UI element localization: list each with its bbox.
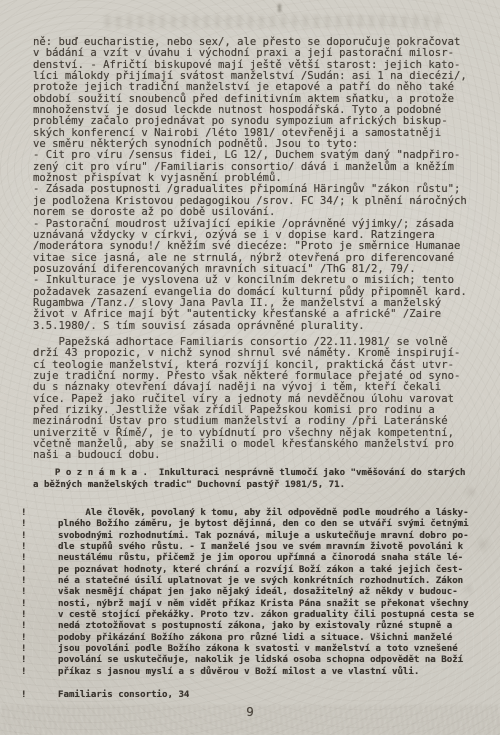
- margin-exclamation-mark: !: [18, 508, 58, 519]
- text-line-content: svobodnými rozhodnutími. Tak poznává, mi…: [58, 531, 469, 542]
- page-number: 9: [0, 704, 500, 719]
- text-line: !dle stupňů svého růstu. - I manželé jso…: [18, 542, 474, 553]
- text-line-content: jsou povoláni podle Božího zákona k svat…: [58, 644, 458, 655]
- text-line: a běžných manželských tradic" Duchovní p…: [33, 480, 466, 492]
- text-line-content: Familiaris consortio, 34: [58, 690, 189, 702]
- text-line: !Familiaris consortio, 34: [18, 690, 189, 702]
- margin-exclamation-mark: !: [18, 655, 58, 666]
- text-line-content: nosti, nýbrž mají v něm vidět příkaz Kri…: [58, 599, 469, 610]
- text-line-content: nedá ztotožňovat s postupností zákona, j…: [58, 621, 452, 632]
- text-line: !podoby přikázání Božího zákona pro různ…: [18, 633, 474, 644]
- text-line-content: Ale člověk, povolaný k tomu, aby žil odp…: [58, 508, 469, 519]
- text-line: norem se doroste až po době usilování.: [33, 207, 467, 218]
- text-line: P o z n á m k a . Inkulturaci nesprávně …: [33, 468, 466, 480]
- text-line: !povolání se uskutečňuje, nakolik je lid…: [18, 655, 474, 666]
- margin-exclamation-mark: !: [18, 621, 58, 632]
- text-line: ! Ale člověk, povolaný k tomu, aby žil o…: [18, 508, 474, 519]
- margin-exclamation-mark: !: [18, 644, 58, 655]
- paragraph-african-bishops: ně: buď eucharistie, nebo sex/, ale přes…: [33, 37, 467, 332]
- text-line-content: povolání se uskutečňuje, nakolik je lids…: [58, 655, 463, 666]
- margin-exclamation-mark: !: [18, 610, 58, 621]
- text-line-content: plného Božího záměru, je bytost dějinná,…: [58, 519, 469, 530]
- text-line: naši a budoucí dobu.: [33, 450, 460, 461]
- text-line: !neustálému růstu, přičemž je jim oporou…: [18, 553, 474, 564]
- text-line-content: v cestě stojící překážky. Proto tzv. zák…: [58, 610, 474, 621]
- margin-exclamation-mark: !: [18, 667, 58, 678]
- text-line: !příkaz s jasnou myslí a s důvěrou v Bož…: [18, 667, 474, 678]
- text-line-content: podoby přikázání Božího zákona pro různé…: [58, 633, 452, 644]
- margin-exclamation-mark: !: [18, 633, 58, 644]
- text-line: !však nesmějí chápat jen jako nějaký ide…: [18, 587, 474, 598]
- margin-exclamation-mark: !: [18, 542, 58, 553]
- text-line: !v cestě stojící překážky. Proto tzv. zá…: [18, 610, 474, 621]
- text-line-content: dle stupňů svého růstu. - I manželé jsou…: [58, 542, 463, 553]
- text-line: !plného Božího záměru, je bytost dějinná…: [18, 519, 474, 530]
- margin-exclamation-mark: !: [18, 599, 58, 610]
- text-line: !nedá ztotožňovat s postupností zákona, …: [18, 621, 474, 632]
- margin-exclamation-mark: !: [18, 565, 58, 576]
- paragraph-gradualita-quote: ! Ale člověk, povolaný k tomu, aby žil o…: [18, 508, 474, 678]
- margin-exclamation-mark: !: [18, 531, 58, 542]
- margin-exclamation-mark: !: [18, 553, 58, 564]
- text-line-content: pe poznávat hodnoty, které chrání a rozv…: [58, 565, 463, 576]
- text-line-content: né a statečné úsilí uplatnovat je ve svý…: [58, 576, 463, 587]
- text-line: /moderátora synodu!/ kněžím své diecéze:…: [33, 241, 467, 252]
- scanned-document-page: ně: buď eucharistie, nebo sex/, ale přes…: [0, 0, 500, 735]
- scan-speck: [278, 4, 281, 12]
- bleed-through-ghost-text: [105, 15, 440, 28]
- text-line: !jsou povoláni podle Božího zákona k sva…: [18, 644, 474, 655]
- text-line-content: příkaz s jasnou myslí a s důvěrou v Boží…: [58, 667, 419, 678]
- margin-exclamation-mark: !: [18, 576, 58, 587]
- margin-exclamation-mark: !: [18, 690, 58, 702]
- note-paragraph: P o z n á m k a . Inkulturaci nesprávně …: [33, 468, 466, 492]
- text-line: - Inkulturace je vyslovena už v koncilní…: [33, 275, 467, 286]
- paragraph-familiaris-consortio: Papežská adhortace Familiaris consortio …: [33, 337, 460, 462]
- text-line-content: neustálému růstu, přičemž je jim oporou …: [58, 553, 463, 564]
- text-line: !nosti, nýbrž mají v něm vidět příkaz Kr…: [18, 599, 474, 610]
- text-line: !pe poznávat hodnoty, které chrání a roz…: [18, 565, 474, 576]
- footnote-citation: !Familiaris consortio, 34: [18, 690, 189, 702]
- text-line: v bádání a vzít v úvahu i východní praxi…: [33, 48, 467, 59]
- text-line: !svobodnými rozhodnutími. Tak poznává, m…: [18, 531, 474, 542]
- text-line: drží 43 propozic, v nichž synod shrnul s…: [33, 348, 460, 359]
- text-line: 3.5.1980/. S tím souvisí zásada oprávněn…: [33, 321, 467, 332]
- margin-exclamation-mark: !: [18, 519, 58, 530]
- text-line-content: však nesmějí chápat jen jako nějaký ideá…: [58, 587, 458, 598]
- text-line: život v Africe mají být "autenticky křes…: [33, 309, 467, 320]
- text-line: !né a statečné úsilí uplatnovat je ve sv…: [18, 576, 474, 587]
- margin-exclamation-mark: !: [18, 587, 58, 598]
